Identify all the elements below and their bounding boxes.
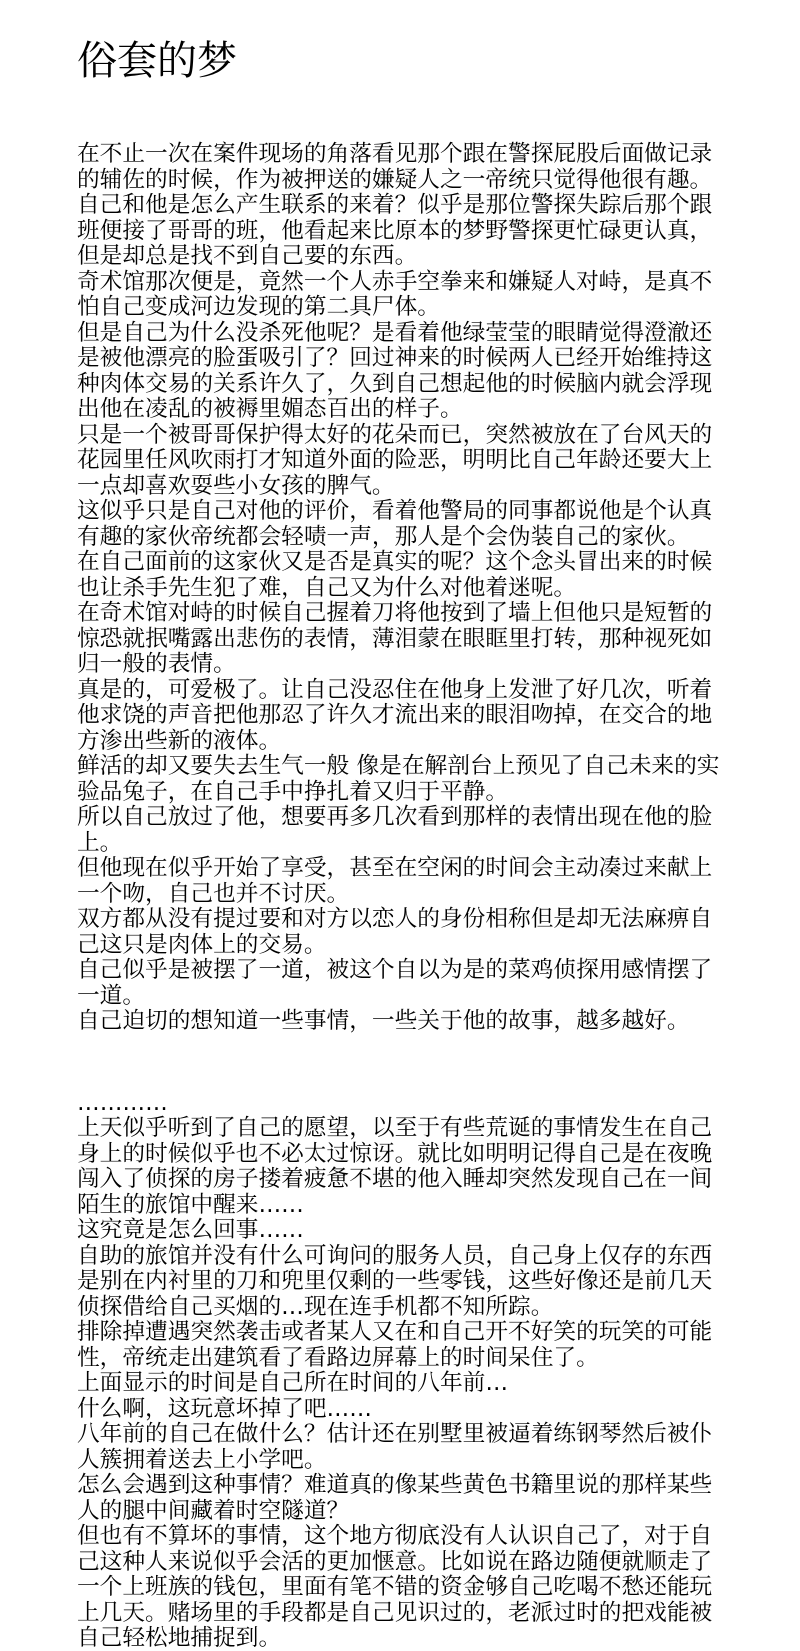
paragraph: 但是自己为什么没杀死他呢？是看着他绿莹莹的眼睛觉得澄澈还是被他漂亮的脸蛋吸引了？…	[77, 321, 725, 423]
paragraph: 只是一个被哥哥保护得太好的花朵而已，突然被放在了台风天的花园里任风吹雨打才知道外…	[77, 423, 725, 500]
paragraph: 真是的，可爱极了。让自己没忍住在他身上发泄了好几次，听着他求饶的声音把他那忍了许…	[77, 678, 725, 755]
paragraph: 但也有不算坏的事情，这个地方彻底没有人认识自己了，对于自己这种人来说似乎会活的更…	[77, 1524, 725, 1651]
part-two: 上天似乎听到了自己的愿望，以至于有些荒诞的事情发生在自己身上的时候似乎也不必太过…	[77, 1116, 725, 1651]
paragraph: 鲜活的却又要失去生气一般 像是在解剖台上预见了自己未来的实验品兔子，在自己手中挣…	[77, 754, 725, 805]
paragraph: 怎么会遇到这种事情？难道真的像某些黄色书籍里说的那样某些人的腿中间藏着时空隧道？	[77, 1473, 725, 1524]
paragraph: 在不止一次在案件现场的角落看见那个跟在警探屁股后面做记录的辅佐的时候，作为被押送…	[77, 142, 725, 270]
part-one: 在不止一次在案件现场的角落看见那个跟在警探屁股后面做记录的辅佐的时候，作为被押送…	[77, 142, 725, 1035]
paragraph: 双方都从没有提过要和对方以恋人的身份相称但是却无法麻痹自己这只是肉体上的交易。	[77, 907, 725, 958]
paragraph: 上天似乎听到了自己的愿望，以至于有些荒诞的事情发生在自己身上的时候似乎也不必太过…	[77, 1116, 725, 1218]
paragraph: 什么啊，这玩意坏掉了吧……	[77, 1397, 725, 1423]
paragraph: 奇术馆那次便是，竟然一个人赤手空拳来和嫌疑人对峙，是真不怕自己变成河边发现的第二…	[77, 270, 725, 321]
paragraph: 这似乎只是自己对他的评价，看着他警局的同事都说他是个认真有趣的家伙帝统都会轻啧一…	[77, 499, 725, 550]
paragraph: 自助的旅馆并没有什么可询问的服务人员，自己身上仅存的东西是别在内衬里的刀和兜里仅…	[77, 1244, 725, 1321]
paragraph: 自己迫切的想知道一些事情，一些关于他的故事，越多越好。	[77, 1009, 725, 1035]
document-title: 俗套的梦	[77, 37, 237, 85]
blank-lines-spacer	[77, 1035, 725, 1091]
paragraph: 这究竟是怎么回事……	[77, 1218, 725, 1244]
paragraph: 自己似乎是被摆了一道，被这个自以为是的菜鸡侦探用感情摆了一道。	[77, 958, 725, 1009]
paragraph: 八年前的自己在做什么？估计还在别墅里被逼着练钢琴然后被仆人簇拥着送去上小学吧。	[77, 1422, 725, 1473]
paragraph: 排除掉遭遇突然袭击或者某人又在和自己开不好笑的玩笑的可能性，帝统走出建筑看了看路…	[77, 1320, 725, 1371]
paragraph: 所以自己放过了他，想要再多几次看到那样的表情出现在他的脸上。	[77, 805, 725, 856]
paragraph: 在奇术馆对峙的时候自己握着刀将他按到了墙上但他只是短暂的惊恐就抿嘴露出悲伤的表情…	[77, 601, 725, 678]
paragraph: 上面显示的时间是自己所在时间的八年前…	[77, 1371, 725, 1397]
paragraph: 但他现在似乎开始了享受，甚至在空闲的时间会主动凑过来献上一个吻，自己也并不讨厌。	[77, 856, 725, 907]
paragraph: 在自己面前的这家伙又是否是真实的呢？这个念头冒出来的时候也让杀手先生犯了难，自己…	[77, 550, 725, 601]
document-body: 在不止一次在案件现场的角落看见那个跟在警探屁股后面做记录的辅佐的时候，作为被押送…	[77, 142, 725, 1651]
section-separator: …………	[77, 1091, 725, 1117]
